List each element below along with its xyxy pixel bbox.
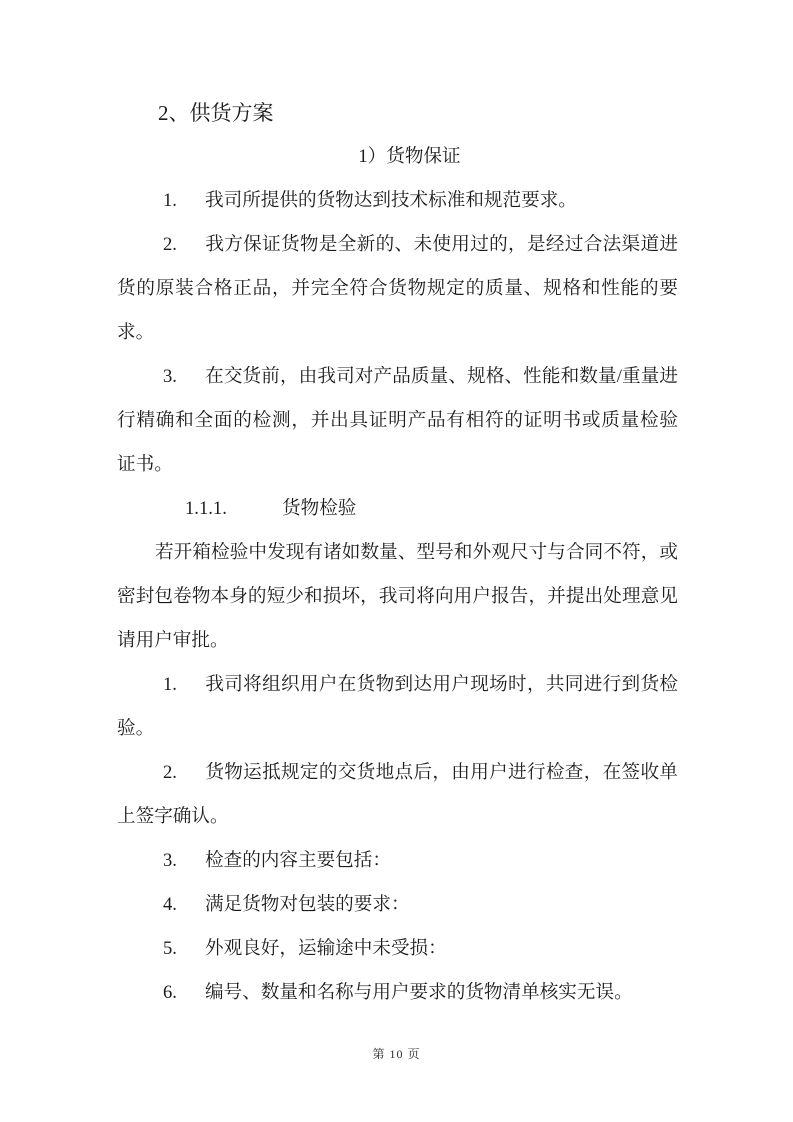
item-marker: 2.: [163, 223, 205, 267]
item-marker: 2.: [163, 751, 205, 795]
item-marker: 5.: [163, 927, 205, 971]
document-body: 2、供货方案 1）货物保证 1.我司所提供的货物达到技术标准和规范要求。 2.我…: [117, 91, 678, 1015]
item-text-line: 货的原装合格正品，并完全符合货物规定的质量、规格和性能的要: [117, 267, 678, 311]
sub-section-title: 货物检验: [282, 498, 356, 519]
item-marker: 3.: [163, 839, 205, 883]
item-marker: 6.: [163, 971, 205, 1015]
item-marker: 1.: [163, 663, 205, 707]
inspection-item-6: 6.编号、数量和名称与用户要求的货物清单核实无误。: [117, 971, 678, 1015]
item-text-line: 在交货前，由我司对产品质量、规格、性能和数量/重量进: [205, 366, 678, 387]
item-text-line: 行精确和全面的检测，并出具证明产品有相符的证明书或质量检验: [117, 399, 678, 443]
page-footer: 第 10 页: [0, 1041, 793, 1067]
item-text-line: 我司将组织用户在货物到达用户现场时，共同进行到货检: [205, 674, 678, 695]
item-text-line: 证书。: [117, 443, 678, 487]
paragraph-line: 密封包卷物本身的短少和损坏，我司将向用户报告，并提出处理意见: [117, 575, 678, 619]
inspection-item-4: 4.满足货物对包装的要求：: [117, 883, 678, 927]
item-text-line: 货物运抵规定的交货地点后，由用户进行检查，在签收单: [205, 762, 678, 783]
inspection-item-5: 5.外观良好，运输途中未受损：: [117, 927, 678, 971]
item-text-line: 我司所提供的货物达到技术标准和规范要求。: [205, 190, 577, 211]
item-text-line: 外观良好，运输途中未受损：: [205, 938, 447, 959]
item-marker: 1.: [163, 179, 205, 223]
item-text-line: 验。: [117, 707, 678, 751]
item-text-line: 求。: [117, 311, 678, 355]
item-text-line: 我方保证货物是全新的、未使用过的，是经过合法渠道进: [205, 234, 678, 255]
paragraph-line: 若开箱检验中发现有诸如数量、型号和外观尺寸与合同不符，或: [117, 531, 678, 575]
item-text-line: 编号、数量和名称与用户要求的货物清单核实无误。: [205, 982, 633, 1003]
sub-section-number: 1.1.1.: [185, 487, 282, 531]
item-text-line: 满足货物对包装的要求：: [205, 894, 410, 915]
inspection-item-1: 1.我司将组织用户在货物到达用户现场时，共同进行到货检: [117, 663, 678, 707]
section-heading: 1）货物保证: [117, 135, 678, 179]
guarantee-item-1: 1.我司所提供的货物达到技术标准和规范要求。: [117, 179, 678, 223]
paragraph-line: 请用户审批。: [117, 619, 678, 663]
inspection-item-3: 3.检查的内容主要包括：: [117, 839, 678, 883]
doc-title: 2、供货方案: [117, 91, 678, 135]
document-page: 2、供货方案 1）货物保证 1.我司所提供的货物达到技术标准和规范要求。 2.我…: [0, 0, 793, 1122]
item-marker: 4.: [163, 883, 205, 927]
guarantee-item-2: 2.我方保证货物是全新的、未使用过的，是经过合法渠道进: [117, 223, 678, 267]
item-marker: 3.: [163, 355, 205, 399]
sub-section-heading: 1.1.1.货物检验: [117, 487, 678, 531]
item-text-line: 检查的内容主要包括：: [205, 850, 391, 871]
item-text-line: 上签字确认。: [117, 795, 678, 839]
guarantee-item-3: 3.在交货前，由我司对产品质量、规格、性能和数量/重量进: [117, 355, 678, 399]
inspection-item-2: 2.货物运抵规定的交货地点后，由用户进行检查，在签收单: [117, 751, 678, 795]
